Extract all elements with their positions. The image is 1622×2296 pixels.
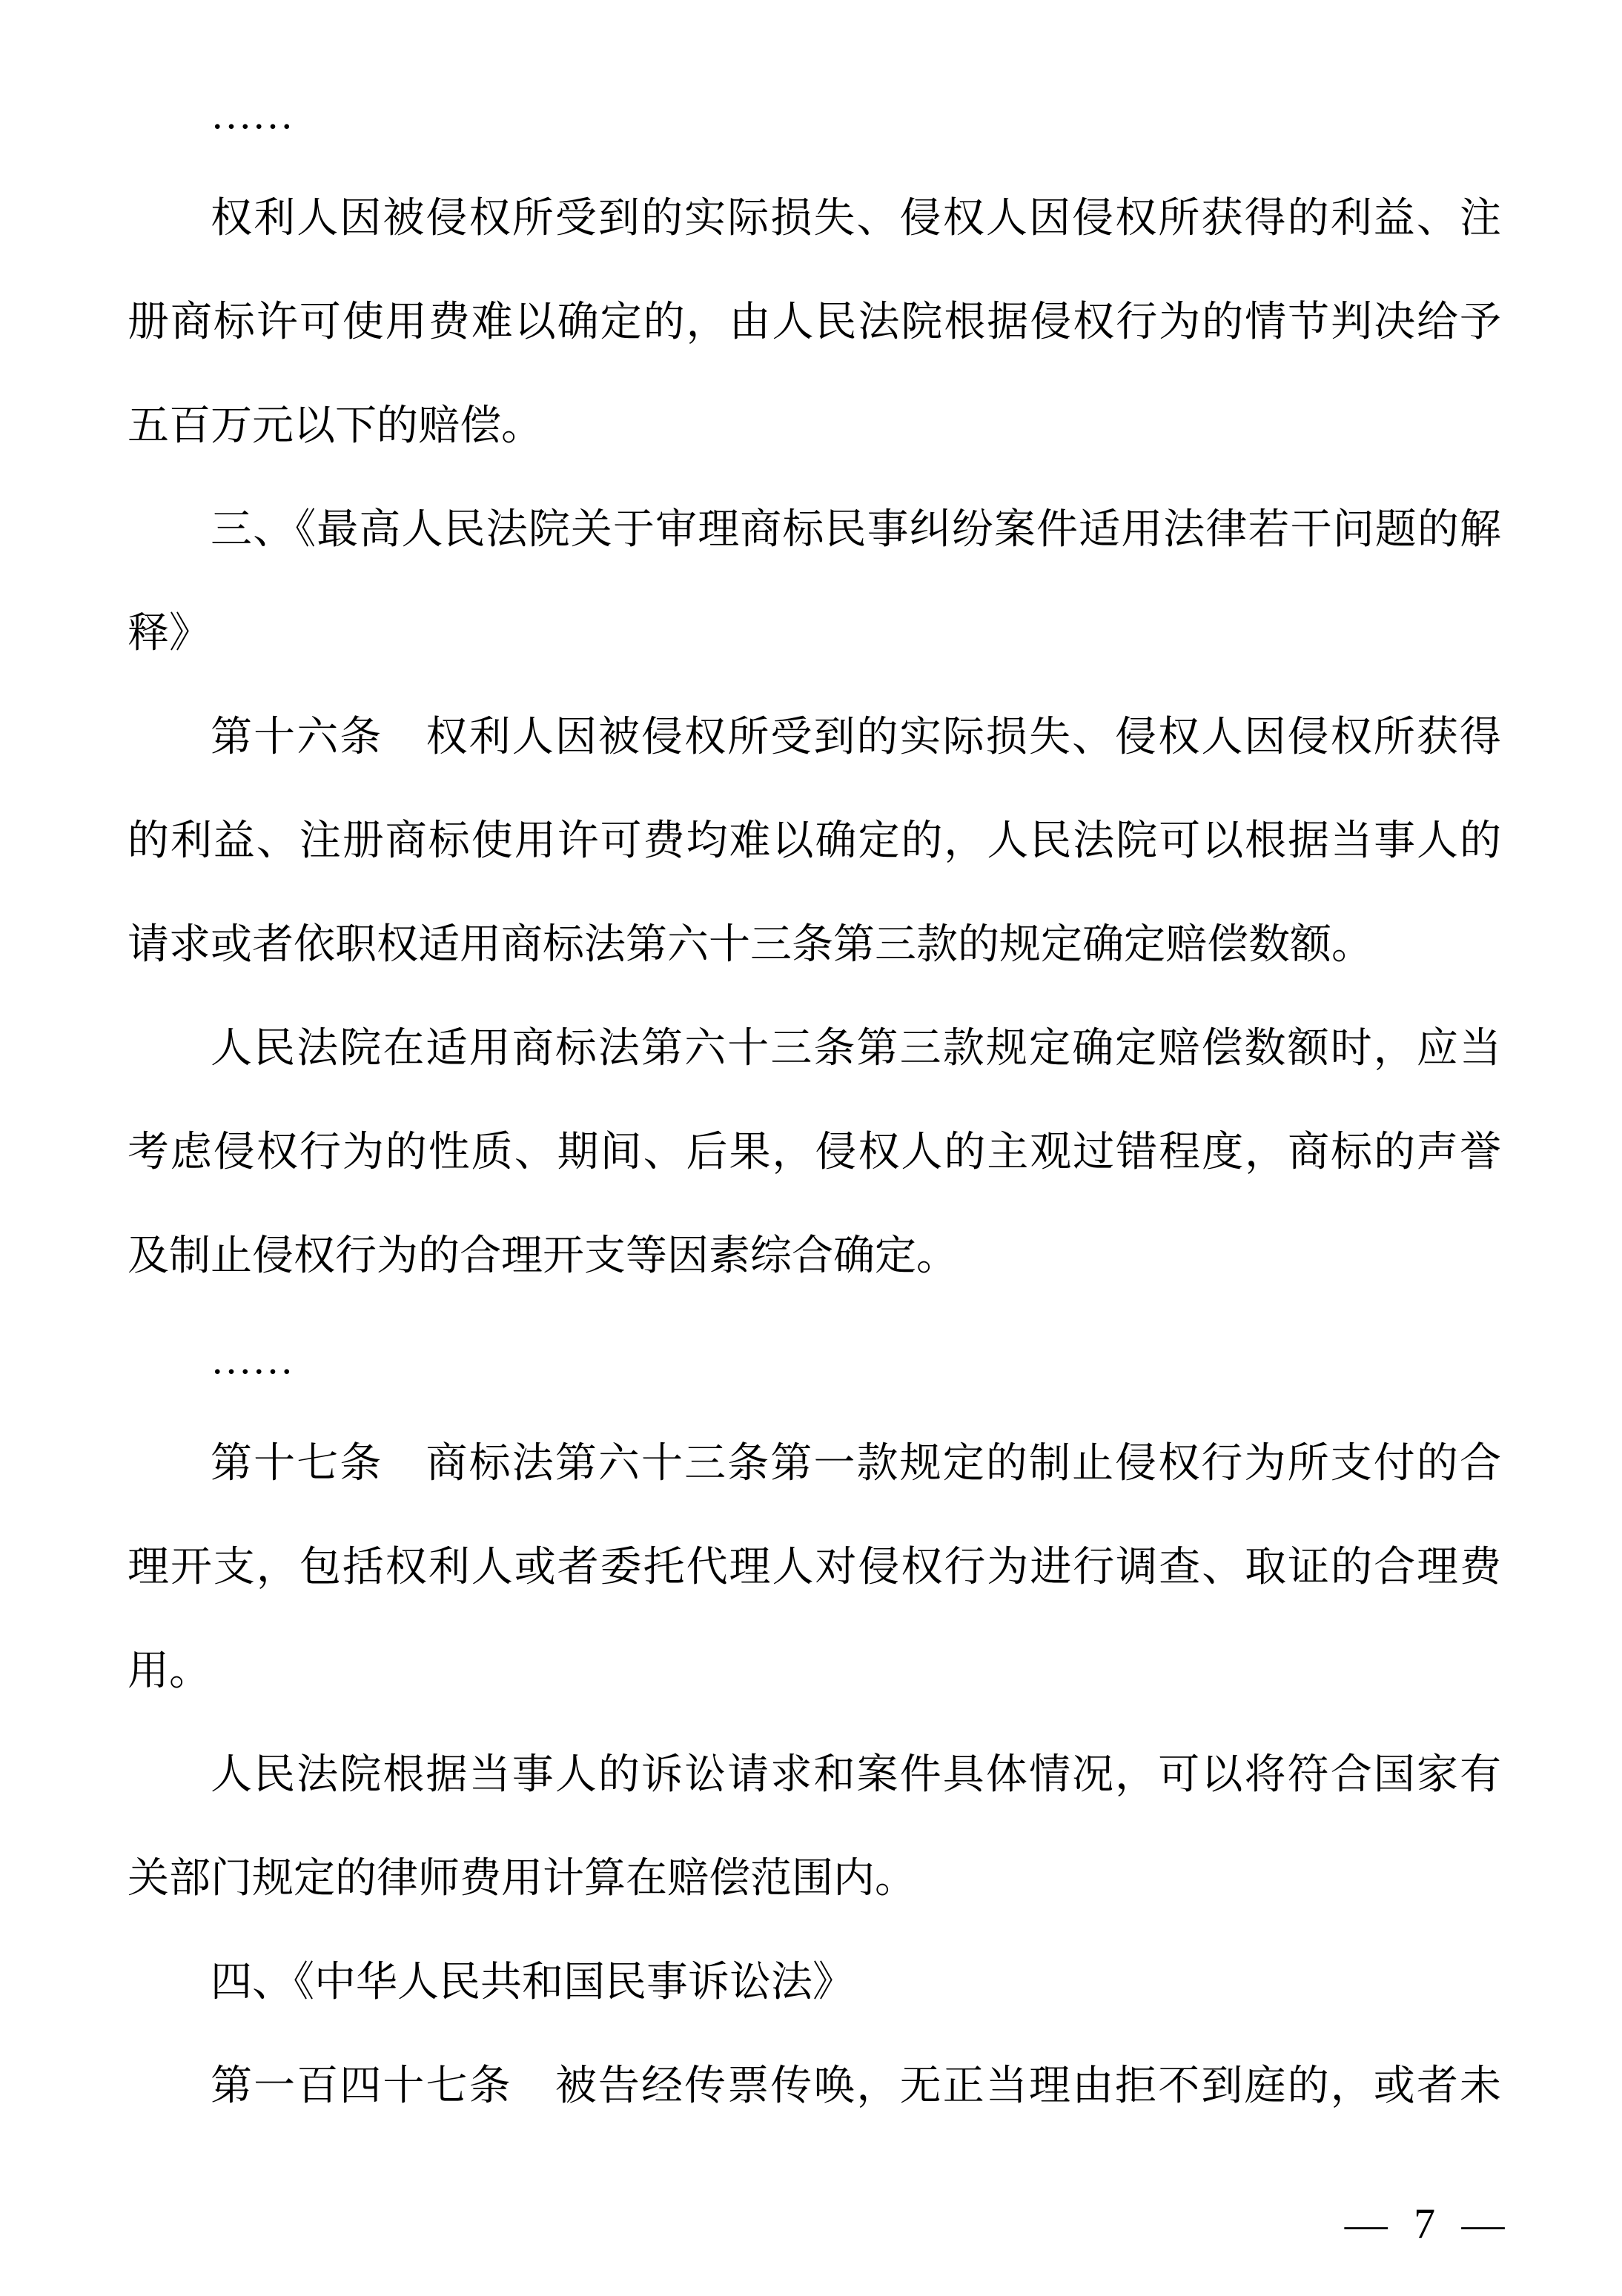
text-line: 释》	[128, 582, 1501, 686]
document-text: ……权利人因被侵权所受到的实际损失、侵权人因侵权所获得的利益、注册商标许可使用费…	[128, 63, 1501, 2138]
text-line: 及制止侵权行为的合理开支等因素综合确定。	[128, 1204, 1501, 1308]
text-line: 请求或者依职权适用商标法第六十三条第三款的规定确定赔偿数额。	[128, 893, 1501, 997]
text-line: 人民法院根据当事人的诉讼请求和案件具体情况，可以将符合国家有	[128, 1723, 1501, 1827]
text-line: ……	[128, 1308, 1501, 1412]
text-line: 第十七条 商标法第六十三条第一款规定的制止侵权行为所支付的合	[128, 1412, 1501, 1516]
page-footer: — 7 —	[1345, 2198, 1512, 2250]
text-line: 用。	[128, 1619, 1501, 1723]
text-line: 的利益、注册商标使用许可费均难以确定的，人民法院可以根据当事人的	[128, 789, 1501, 893]
text-line: 册商标许可使用费难以确定的，由人民法院根据侵权行为的情节判决给予	[128, 271, 1501, 374]
text-line: 三、《最高人民法院关于审理商标民事纠纷案件适用法律若干问题的解	[128, 478, 1501, 582]
text-line: 四、《中华人民共和国民事诉讼法》	[128, 1931, 1501, 2034]
text-line: 理开支，包括权利人或者委托代理人对侵权行为进行调查、取证的合理费	[128, 1516, 1501, 1619]
text-line: 考虑侵权行为的性质、期间、后果，侵权人的主观过错程度，商标的声誉	[128, 1101, 1501, 1204]
text-line: ……	[128, 63, 1501, 167]
document-page: ……权利人因被侵权所受到的实际损失、侵权人因侵权所获得的利益、注册商标许可使用费…	[0, 0, 1622, 2296]
text-line: 人民法院在适用商标法第六十三条第三款规定确定赔偿数额时，应当	[128, 997, 1501, 1101]
text-line: 第一百四十七条 被告经传票传唤，无正当理由拒不到庭的，或者未	[128, 2034, 1501, 2138]
text-line: 权利人因被侵权所受到的实际损失、侵权人因侵权所获得的利益、注	[128, 167, 1501, 271]
text-line: 五百万元以下的赔偿。	[128, 374, 1501, 478]
page-number: — 7 —	[1345, 2200, 1512, 2248]
text-line: 第十六条 权利人因被侵权所受到的实际损失、侵权人因侵权所获得	[128, 686, 1501, 789]
text-line: 关部门规定的律师费用计算在赔偿范围内。	[128, 1827, 1501, 1931]
